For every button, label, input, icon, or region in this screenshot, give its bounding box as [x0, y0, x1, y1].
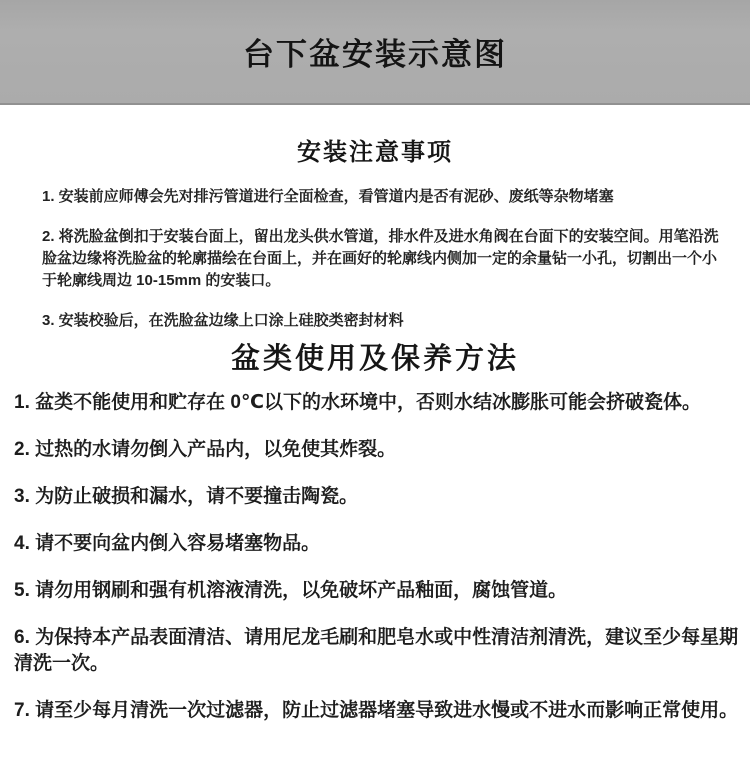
- install-notes-list: 1. 安装前应师傅会先对排污管道进行全面检查，看管道内是否有泥砂、废纸等杂物堵塞…: [0, 186, 750, 332]
- care-item: 5. 请勿用钢刷和强有机溶液清洗，以免破坏产品釉面，腐蚀管道。: [14, 578, 742, 604]
- install-note-item: 1. 安装前应师傅会先对排污管道进行全面检查，看管道内是否有泥砂、废纸等杂物堵塞: [42, 186, 720, 208]
- install-note-item: 3. 安装校验后，在洗脸盆边缘上口涂上硅胶类密封材料: [42, 310, 720, 332]
- care-methods-list: 1. 盆类不能使用和贮存在 0℃以下的水环境中，否则水结冰膨胀可能会挤破瓷体。2…: [0, 390, 750, 724]
- install-notes-heading: 安装注意事项: [0, 138, 750, 168]
- care-item: 6. 为保持本产品表面清洁、请用尼龙毛刷和肥皂水或中性清洁剂清洗，建议至少每星期…: [14, 625, 742, 677]
- header-banner: 台下盆安装示意图: [0, 0, 750, 105]
- page-title: 台下盆安装示意图: [243, 29, 507, 74]
- instruction-body: 安装注意事项 1. 安装前应师傅会先对排污管道进行全面检查，看管道内是否有泥砂、…: [0, 138, 750, 724]
- care-item: 4. 请不要向盆内倒入容易堵塞物品。: [14, 531, 742, 557]
- care-item: 1. 盆类不能使用和贮存在 0℃以下的水环境中，否则水结冰膨胀可能会挤破瓷体。: [14, 390, 742, 416]
- section-install-notes: 安装注意事项 1. 安装前应师傅会先对排污管道进行全面检查，看管道内是否有泥砂、…: [0, 138, 750, 332]
- instruction-sheet: { "header": { "title": "台下盆安装示意图" }, "se…: [0, 0, 750, 758]
- care-methods-heading: 盆类使用及保养方法: [0, 342, 750, 376]
- section-care-methods: 盆类使用及保养方法 1. 盆类不能使用和贮存在 0℃以下的水环境中，否则水结冰膨…: [0, 342, 750, 724]
- install-note-item: 2. 将洗脸盆倒扣于安装台面上，留出龙头供水管道，排水件及进水角阀在台面下的安装…: [42, 226, 720, 292]
- care-item: 7. 请至少每月清洗一次过滤器，防止过滤器堵塞导致进水慢或不进水而影响正常使用。: [14, 698, 742, 724]
- care-item: 2. 过热的水请勿倒入产品内，以免使其炸裂。: [14, 437, 742, 463]
- care-item: 3. 为防止破损和漏水，请不要撞击陶瓷。: [14, 484, 742, 510]
